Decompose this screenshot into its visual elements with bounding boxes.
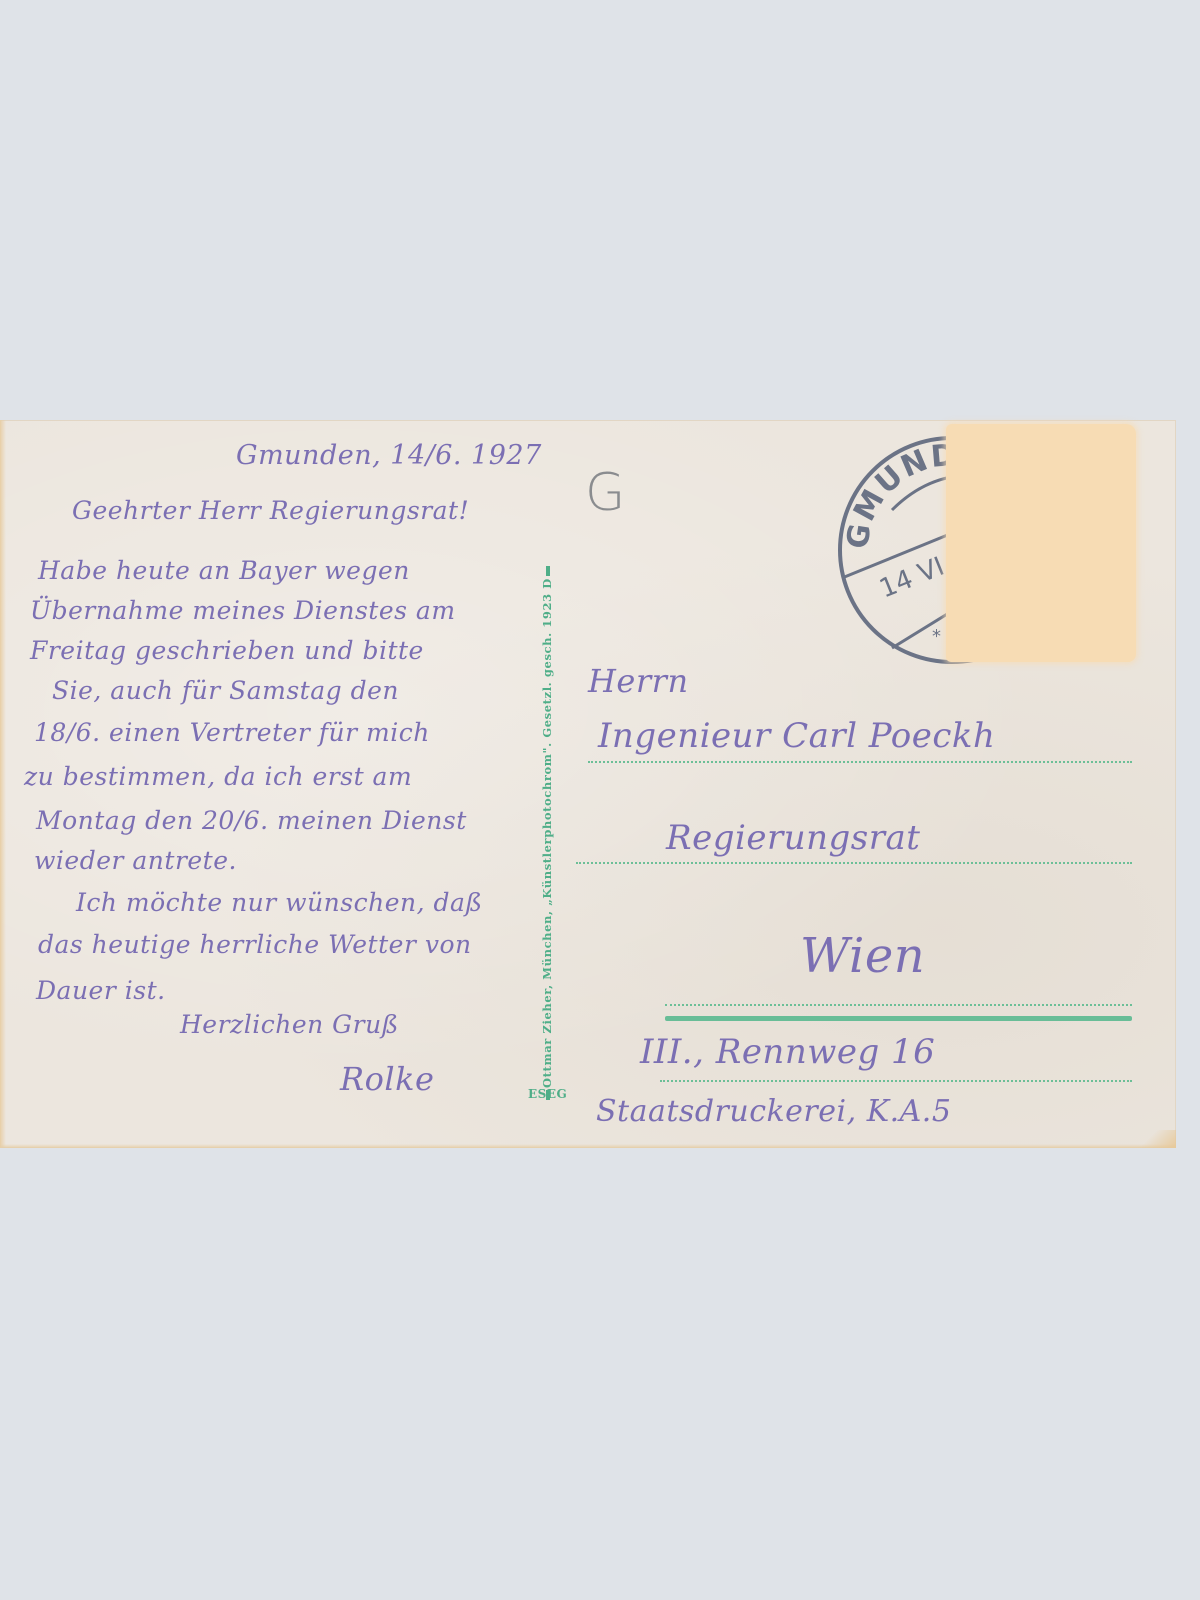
imprint-bar: [546, 566, 550, 576]
message-line: 18/6. einen Vertreter für mich: [34, 718, 430, 747]
svg-text:*: *: [932, 626, 941, 647]
city-underline: [665, 1016, 1132, 1021]
printer-imprint: Ottmar Zieher, München, „Künstlerphotoch…: [540, 462, 554, 1102]
card-corner-wear: [1126, 1130, 1176, 1148]
card-edge-wear: [0, 420, 6, 1148]
message-line: wieder antrete.: [34, 846, 237, 875]
address-name: Ingenieur Carl Poeckh: [598, 716, 995, 756]
address-line: [588, 761, 1132, 763]
message-line: Dauer ist.: [36, 976, 166, 1005]
closing: Herzlichen Gruß: [180, 1010, 399, 1039]
message-line: Ich möchte nur wünschen, daß: [76, 888, 483, 917]
address-line: [665, 1004, 1132, 1006]
card-edge-wear-bottom: [0, 1144, 1176, 1148]
place-date: Gmunden, 14/6. 1927: [236, 440, 542, 471]
message-line: Sie, auch für Samstag den: [52, 676, 399, 705]
message-line: Übernahme meines Dienstes am: [30, 596, 456, 625]
address-title: Regierungsrat: [666, 818, 920, 858]
printer-code: ESEG: [528, 1087, 567, 1101]
message-line: das heutige herrliche Wetter von: [38, 930, 472, 959]
message-line: Geehrter Herr Regierungsrat!: [72, 496, 469, 525]
address-line: [660, 1080, 1132, 1082]
signature: Rolke: [340, 1060, 434, 1098]
message-line: Freitag geschrieben und bitte: [30, 636, 424, 665]
address-salutation: Herrn: [588, 662, 689, 700]
pencil-mark: G: [585, 463, 625, 523]
address-street: III., Rennweg 16: [640, 1032, 935, 1072]
address-institution: Staatsdruckerei, K.A.5: [596, 1094, 951, 1129]
message-line: zu bestimmen, da ich erst am: [24, 762, 412, 791]
address-city: Wien: [800, 928, 925, 984]
message-line: Habe heute an Bayer wegen: [38, 556, 410, 585]
stamp-residue: [946, 424, 1136, 662]
address-line: [576, 862, 1132, 864]
message-line: Montag den 20/6. meinen Dienst: [36, 806, 467, 835]
